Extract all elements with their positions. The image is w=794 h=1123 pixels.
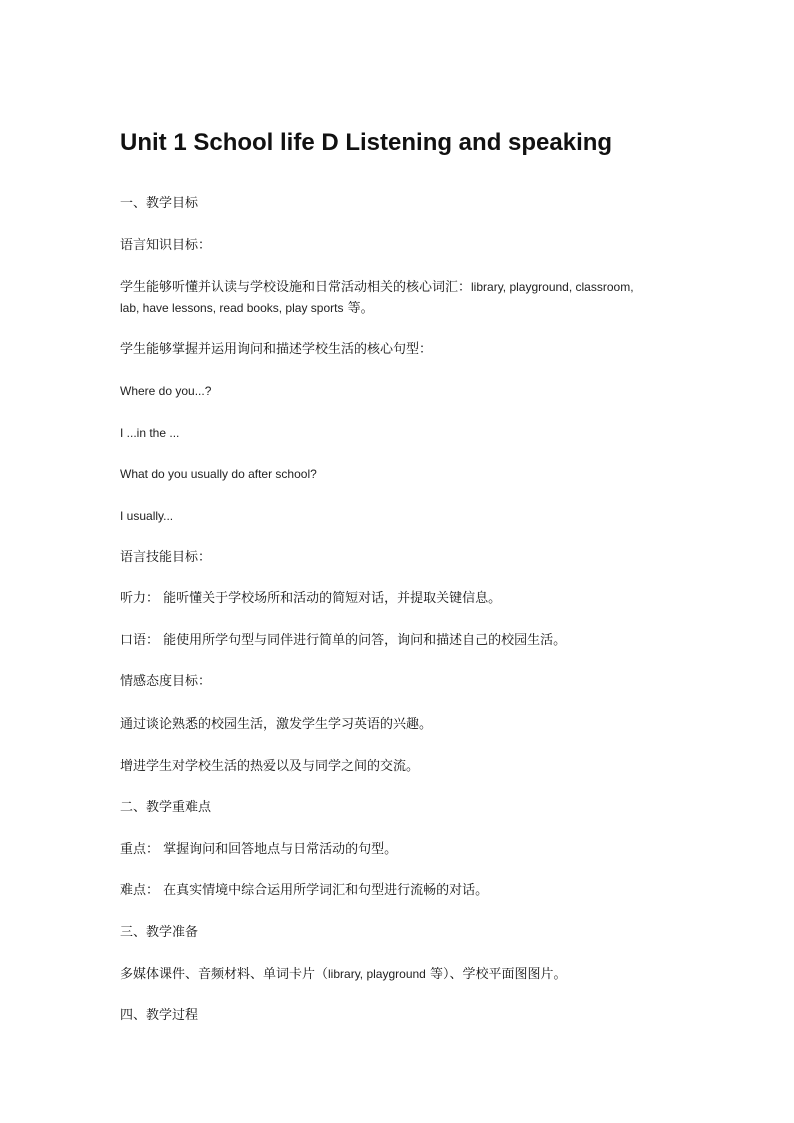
sentence-patterns-intro: 学生能够掌握并运用询问和描述学校生活的核心句型：: [120, 342, 432, 358]
vocab-words-2: lab, have lessons, read books, play spor…: [120, 301, 343, 315]
section-heading-key-points: 二、教学重难点: [120, 800, 211, 816]
preparation-materials: 多媒体课件、音频材料、单词卡片（library, playground 等）、学…: [120, 966, 566, 983]
vocab-words-1: library, playground, classroom,: [471, 280, 634, 294]
speaking-objective: 口语： 能使用所学句型与同伴进行简单的问答，询问和描述自己的校园生活。: [120, 633, 566, 649]
listening-objective: 听力： 能听懂关于学校场所和活动的简短对话，并提取关键信息。: [120, 591, 501, 607]
document-title: Unit 1 School life D Listening and speak…: [120, 128, 612, 158]
prep-text-end: 等）、学校平面图图片。: [426, 967, 567, 982]
difficult-point: 难点： 在真实情境中综合运用所学词汇和句型进行流畅的对话。: [120, 883, 488, 899]
sentence-pattern: Where do you...?: [120, 383, 211, 399]
section-heading-preparation: 三、教学准备: [120, 925, 198, 941]
section-heading-objectives: 一、教学目标: [120, 196, 198, 212]
vocab-end: 等。: [348, 301, 374, 316]
emotion-objective: 通过谈论熟悉的校园生活，激发学生学习英语的兴趣。: [120, 717, 432, 733]
key-point: 重点： 掌握询问和回答地点与日常活动的句型。: [120, 842, 397, 858]
emotion-objectives-heading: 情感态度目标：: [120, 674, 211, 690]
prep-text: 多媒体课件、音频材料、单词卡片（: [120, 967, 328, 982]
vocab-intro: 学生能够听懂并认读与学校设施和日常活动相关的核心词汇：: [120, 280, 471, 295]
sentence-pattern: I ...in the ...: [120, 425, 179, 441]
emotion-objective: 增进学生对学校生活的热爱以及与同学之间的交流。: [120, 759, 419, 775]
prep-words: library, playground: [328, 967, 426, 981]
knowledge-objectives-heading: 语言知识目标：: [120, 238, 211, 254]
sentence-pattern: What do you usually do after school?: [120, 466, 317, 482]
section-heading-process: 四、教学过程: [120, 1008, 198, 1024]
vocabulary-paragraph: 学生能够听懂并认读与学校设施和日常活动相关的核心词汇：library, play…: [120, 277, 680, 319]
skills-objectives-heading: 语言技能目标：: [120, 550, 211, 566]
sentence-pattern: I usually...: [120, 508, 173, 524]
